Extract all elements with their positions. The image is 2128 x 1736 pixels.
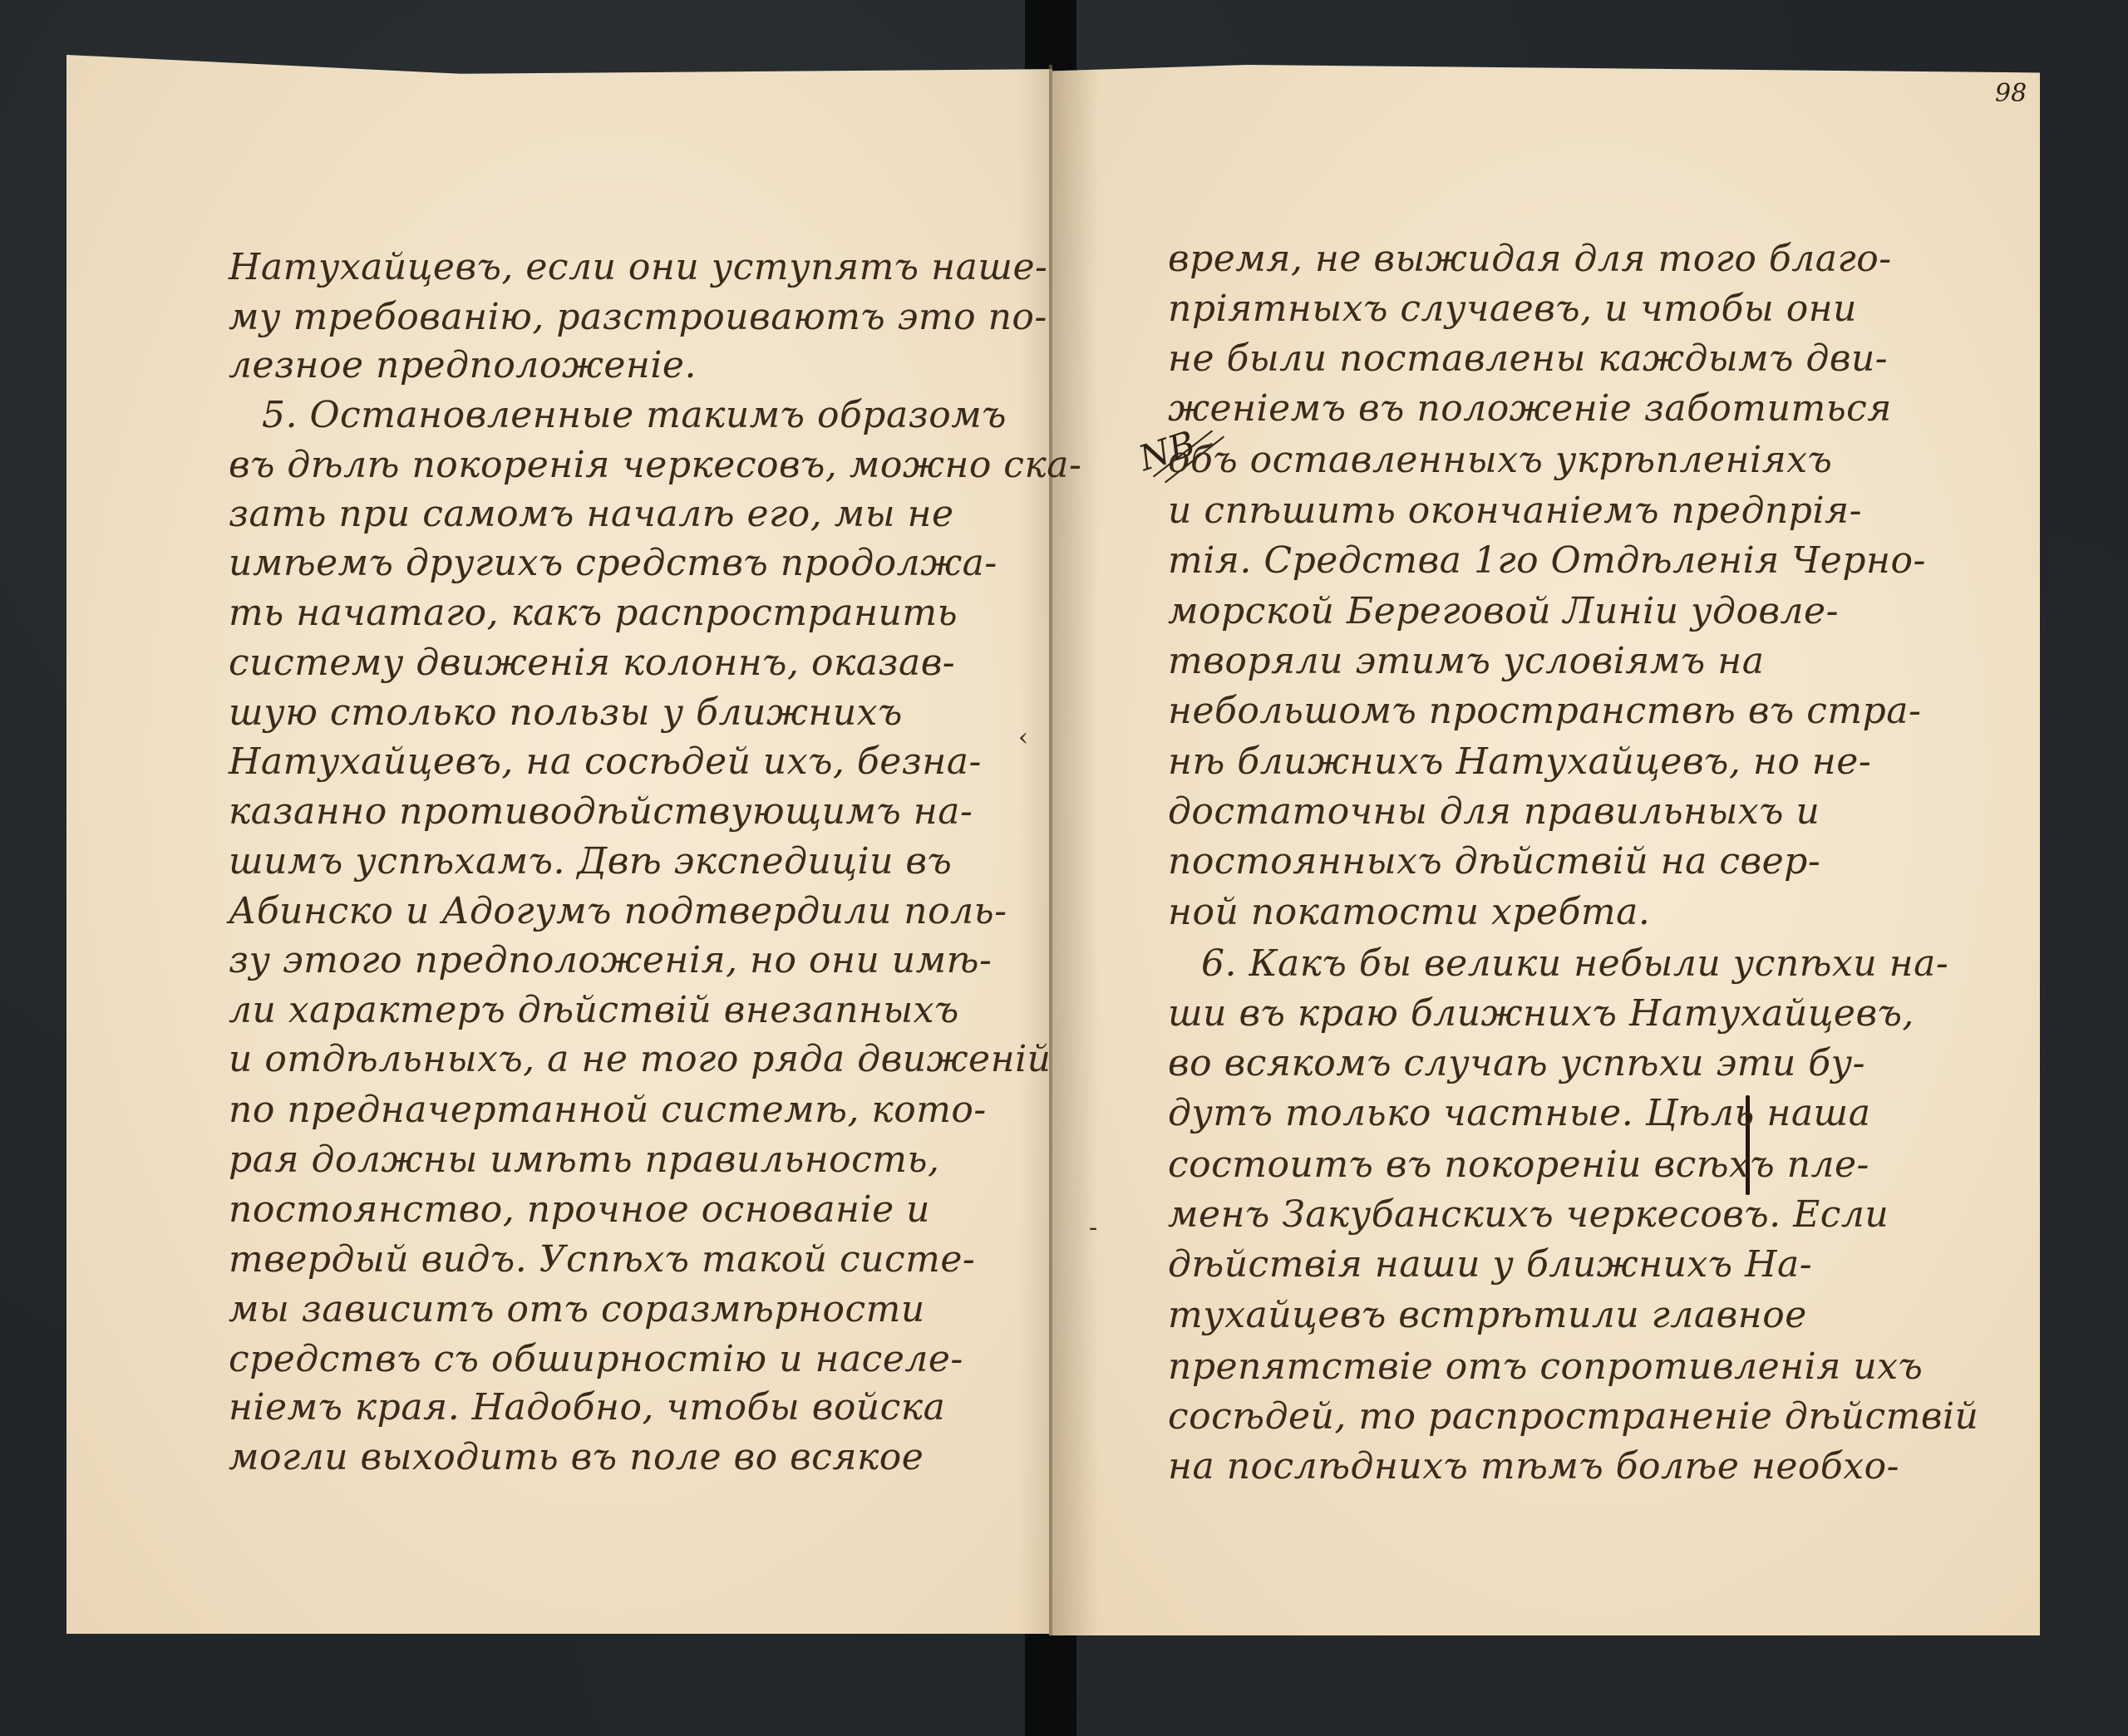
text-line: твердый видъ. Успѣхъ такой систе-	[229, 1242, 1027, 1278]
text-line: Натухайцевъ, на сосѣдей ихъ, безна-	[229, 744, 1027, 780]
text-line: пріятныхъ случаевъ, и чтобы они	[1168, 291, 1999, 327]
text-line: Абинско и Адогумъ подтвердили поль-	[229, 893, 1027, 930]
scan-background: 98 NB ‹ - Натухайцевъ, если они уступятъ…	[0, 0, 2128, 1736]
text-line: лезное предположеніе.	[229, 347, 1027, 384]
text-line: постоянство, прочное основаніе и	[229, 1192, 1027, 1228]
text-line: могли выходить въ поле во всякое	[229, 1439, 1027, 1476]
text-line: постоянныхъ дѣйствій на свер-	[1168, 843, 1999, 880]
text-line: въ дѣлѣ покоренія черкесовъ, можно ска-	[229, 447, 1027, 484]
text-line: 5. Остановленные такимъ образомъ	[229, 397, 1027, 434]
text-line: ши въ краю ближнихъ Натухайцевъ,	[1168, 996, 1999, 1032]
text-line: имѣемъ другихъ средствъ продолжа-	[229, 545, 1027, 582]
text-line: дѣйствія наши у ближнихъ На-	[1168, 1247, 1999, 1283]
text-line: зу этого предположенія, но они имѣ-	[229, 942, 1027, 979]
text-line: менъ Закубанскихъ черкесовъ. Если	[1168, 1197, 1999, 1233]
text-line: и отдѣльныхъ, а не того ряда движеній	[229, 1041, 1027, 1078]
text-line: тія. Средства 1го Отдѣленія Черно-	[1168, 543, 1999, 579]
text-line: шимъ успѣхамъ. Двѣ экспедиціи въ	[229, 843, 1027, 880]
text-line: 6. Какъ бы велики небыли успѣхи на-	[1168, 946, 1999, 982]
text-line: препятствіе отъ сопротивленія ихъ	[1168, 1349, 1999, 1385]
text-line: систему движенія колоннъ, оказав-	[229, 645, 1027, 681]
text-line: ной покатости хребта.	[1168, 894, 1999, 931]
text-line: тухайцевъ встрѣтили главное	[1168, 1297, 1999, 1334]
text-line: достаточны для правильныхъ и	[1168, 794, 1999, 830]
text-line: не были поставлены каждымъ дви-	[1168, 341, 1999, 377]
text-line: ніемъ края. Надобно, чтобы войска	[229, 1389, 1027, 1426]
text-line: и спѣшить окончаніемъ предпрія-	[1168, 493, 1999, 529]
folio-number: 98	[1995, 79, 2027, 108]
text-line: время, не выжидая для того благо-	[1168, 241, 1999, 278]
text-line: мы зависитъ отъ соразмѣрности	[229, 1291, 1027, 1328]
text-line: нѣ ближнихъ Натухайцевъ, но не-	[1168, 744, 1999, 780]
text-line: по предначертанной системѣ, кото-	[229, 1092, 1027, 1129]
text-line: объ оставленныхъ укрѣпленіяхъ	[1168, 442, 1999, 479]
text-line: состоитъ въ покореніи всѣхъ пле-	[1168, 1147, 1999, 1183]
text-line: Натухайцевъ, если они уступятъ наше-	[229, 249, 1027, 286]
text-line: небольшомъ пространствѣ въ стра-	[1168, 693, 1999, 730]
text-line: сосѣдей, то распространеніе дѣйствій	[1168, 1399, 1999, 1435]
text-line: казанно противодѣйствующимъ на-	[229, 794, 1027, 830]
text-line: ть начатаго, какъ распространить	[229, 595, 1027, 632]
margin-dash-mark: -	[1089, 1213, 1097, 1242]
text-line: во всякомъ случаѣ успѣхи эти бу-	[1168, 1045, 1999, 1082]
text-line: зать при самомъ началѣ его, мы не	[229, 496, 1027, 533]
page-fold	[1049, 65, 1052, 1635]
text-line: му требованію, разстроиваютъ это по-	[229, 299, 1027, 336]
text-line: морской Береговой Линіи удовле-	[1168, 593, 1999, 630]
text-line: рая должны имѣть правильность,	[229, 1142, 1027, 1178]
text-line: шую столько пользы у ближнихъ	[229, 695, 1027, 731]
text-line: средствъ съ обширностію и населе-	[229, 1341, 1027, 1378]
text-line: творяли этимъ условіямъ на	[1168, 643, 1999, 680]
text-line: на послѣднихъ тѣмъ болѣе необхо-	[1168, 1448, 1999, 1485]
text-line: женіемъ въ положеніе заботиться	[1168, 391, 1999, 427]
text-line: дутъ только частные. Цѣль наша	[1168, 1095, 1999, 1132]
text-line: ли характеръ дѣйствій внезапныхъ	[229, 992, 1027, 1029]
